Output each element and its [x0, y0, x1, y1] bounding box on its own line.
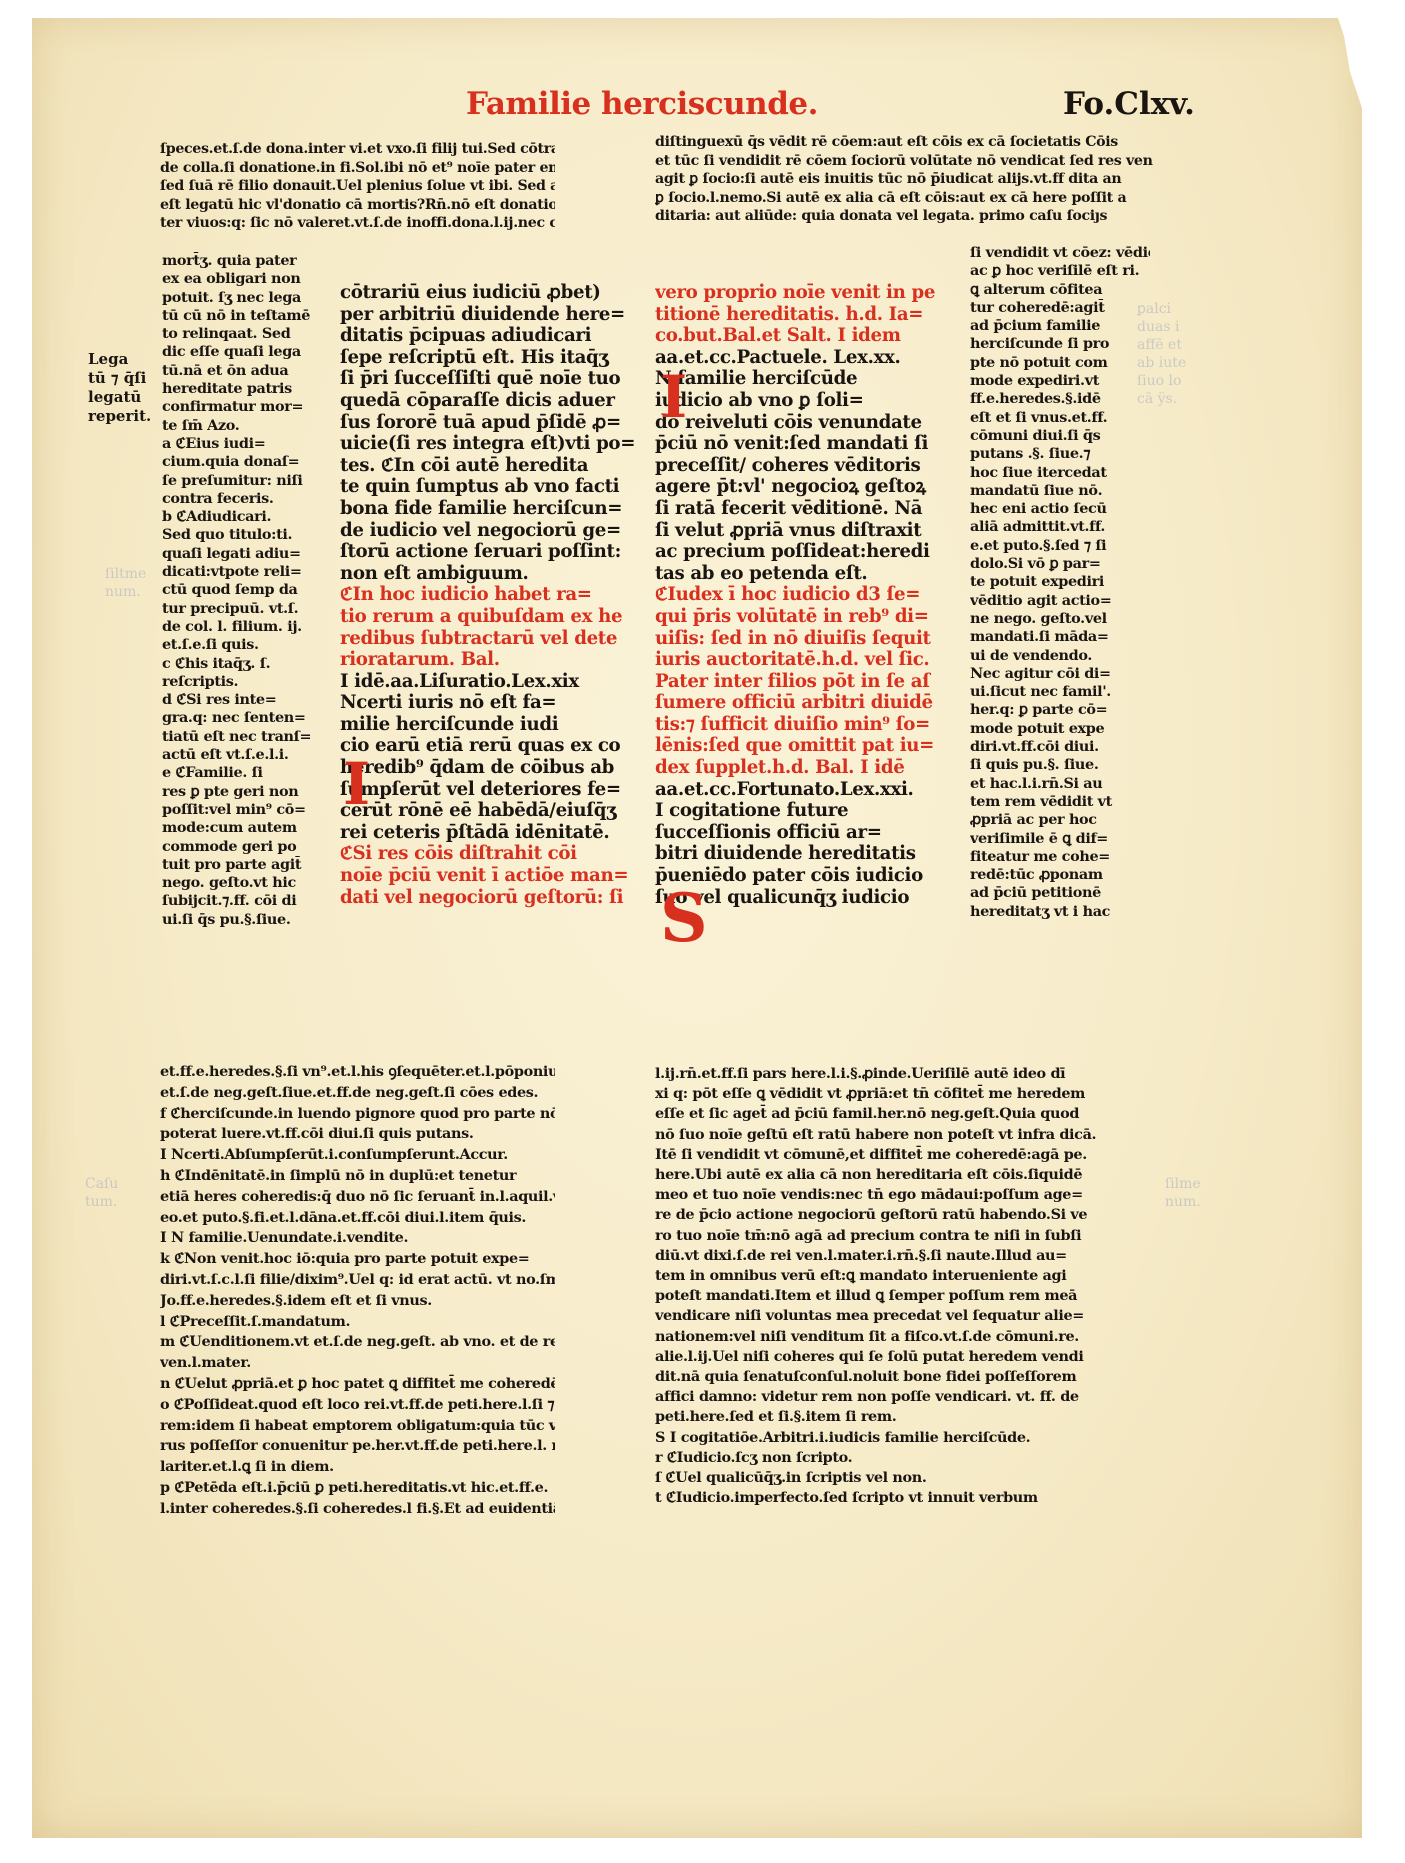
text-line: et.ſ.de neg.geſt.ſiue.et.ff.de neg.geſt.… — [160, 1083, 555, 1104]
text-line: quedā cōparaſſe dicis aduer — [340, 390, 640, 412]
text-line: b ℭAdiudicari. — [162, 508, 322, 526]
text-line: cio earū etiā rerū quas ex co — [340, 735, 640, 757]
bleed-through-text: ſilmenum. — [1165, 1175, 1201, 1211]
text-line: te ſm̄ Azo. — [162, 417, 322, 435]
text-line: a ℭEius iudi= — [162, 435, 322, 453]
text-line: actū eſt vt.ſ.e.l.i. — [162, 746, 322, 764]
text-line: l.ij.rn̄.et.ff.ſi pars here.l.i.§.ꝓinde.… — [655, 1064, 1155, 1084]
text-column-1: cōtrariū eius iudiciū ꝓbet)per arbitriū … — [340, 282, 640, 908]
text-line: here.Ubi autē ex alia cā non hereditaria… — [655, 1165, 1155, 1185]
text-line: ꝗ alterum cōfitea — [970, 281, 1150, 299]
text-line: tis:⁊ ſufficit diuiſio min⁹ ſo= — [655, 714, 955, 736]
text-line: noīe p̄ciū venit ī actiōe man= — [340, 865, 640, 887]
initial-letter-i: I — [343, 755, 370, 813]
folio-number: Fo.Clxv. — [1063, 86, 1195, 122]
text-line: fiteatur me cohe= — [970, 848, 1150, 866]
text-line: dolo.Si vō ꝑ par= — [970, 555, 1150, 573]
text-line: heredib⁹ q̄dam de cōibus ab — [340, 757, 640, 779]
text-line: pte nō potuit com — [970, 354, 1150, 372]
text-line: h ℭIndēnitatē.in ſimplū nō in duplū:et t… — [160, 1166, 555, 1187]
text-line: res ꝑ pte geri non — [162, 783, 322, 801]
text-line: cerūt rōnē eē habēdā/eiuſq̄ʒ — [340, 800, 640, 822]
text-line: mandati.ſi māda= — [970, 628, 1150, 646]
text-line: I N familie.Uenundate.i.vendite. — [160, 1228, 555, 1249]
text-line: hereditate patris — [162, 380, 322, 398]
running-title: Familie herciscunde. — [466, 86, 818, 122]
text-line: affici damno: videtur rem non poſſe vend… — [655, 1387, 1155, 1407]
text-line: l.inter coheredes.§.ſi coheredes.l fi.§.… — [160, 1499, 555, 1520]
text-line: ven.l.mater. — [160, 1353, 555, 1374]
text-line: o ℭPoſſideat.quod eſt loco rei.vt.ff.de … — [160, 1395, 555, 1416]
text-line: co.but.Bal.et Salt. I idem — [655, 325, 955, 347]
text-line: ex ea obligari non — [162, 270, 322, 288]
text-line: ꝑ ſocio.l.nemo.Si autē ex alia cā eſt cō… — [655, 189, 1190, 208]
text-line: lariter.et.l.ꝗ ſi in diem. — [160, 1457, 555, 1478]
gloss-bottom-left: et.ff.e.heredes.§.ſi vn⁹.et.l.his ꝯſequē… — [160, 1062, 555, 1520]
text-line: bona fide familie herciſcun= — [340, 498, 640, 520]
gloss-top-right: diſtinguexū q̄s vēdit rē cōem:aut eſt cō… — [655, 133, 1190, 226]
text-line: cōtrariū eius iudiciū ꝓbet) — [340, 282, 640, 304]
text-line: nō ſuo noīe geſtū eſt ratū habere non po… — [655, 1125, 1155, 1145]
text-line: preceſſit/ coheres vēditoris — [655, 455, 955, 477]
text-line: agit ꝑ ſocio:ſi autē eis inuitis tūc nō … — [655, 170, 1190, 189]
text-line: ff.e.heredes.§.idē — [970, 390, 1150, 408]
text-column-2: vero proprio noīe venit in petitionē her… — [655, 282, 955, 908]
text-line: do reiveluti cōis venundate — [655, 412, 955, 434]
text-line: confirmatur mor= — [162, 398, 322, 416]
text-line: tur precipuū. vt.ſ. — [162, 600, 322, 618]
text-line: hereditatʒ vt i hac — [970, 903, 1150, 921]
text-line: ditaria: aut aliūde: quia donata vel leg… — [655, 207, 1190, 226]
text-line: t ℭIudicio.imperfecto.ſed ſcripto vt inn… — [655, 1488, 1155, 1508]
text-line: poterat luere.vt.ff.cōi diui.ſi quis put… — [160, 1124, 555, 1145]
text-line: I idē.aa.Liſuratio.Lex.xix — [340, 671, 640, 693]
text-line: d ℭSi res inte= — [162, 691, 322, 709]
text-line: diū.vt dixi.ſ.de rei ven.l.mater.i.rn̄.§… — [655, 1246, 1155, 1266]
text-line: e ℭFamilie. ſi — [162, 764, 322, 782]
text-line: meo et tuo noīe vendis:nec tn̄ ego mādau… — [655, 1185, 1155, 1205]
text-line: eſt et ſi vnus.et.ff. — [970, 409, 1150, 427]
text-line: dicati:vtpote reli= — [162, 563, 322, 581]
text-line: eſt legatū hic vl'donatio cā mortis?Rn̄.… — [160, 196, 555, 215]
text-line: ſe preſumitur: niſi — [162, 472, 322, 490]
text-line: m ℭUenditionem.vt et.ſ.de neg.geſt. ab v… — [160, 1332, 555, 1353]
text-line: her.q: ꝑ parte cō= — [970, 701, 1150, 719]
text-line: tiatū eſt nec tranſ= — [162, 728, 322, 746]
text-line: ℭIudex ī hoc iudicio d3 ſe= — [655, 584, 955, 606]
text-line: cium.quia donaſ= — [162, 453, 322, 471]
text-line: e.et puto.§.ſed ⁊ ſi — [970, 537, 1150, 555]
gloss-bottom-right: l.ij.rn̄.et.ff.ſi pars here.l.i.§.ꝓinde.… — [655, 1064, 1155, 1508]
text-line: de col. l. filium. ij. — [162, 618, 322, 636]
text-line: S I cogitatiōe.Arbitri.i.iudicis familie… — [655, 1428, 1155, 1448]
text-line: p ℭPetēda eſt.i.p̄ciū ꝑ peti.hereditatis… — [160, 1478, 555, 1499]
text-line: Nec agitur cōi di= — [970, 665, 1150, 683]
text-line: re de p̄cio actione negociorū geſtorū ra… — [655, 1205, 1155, 1225]
text-line: ditatis p̄cipuas adiudicari — [340, 325, 640, 347]
text-line: ſi ratā fecerit vēditionē. Nā — [655, 498, 955, 520]
text-line: p̄ciū nō venit:ſed mandati ſi — [655, 433, 955, 455]
text-line: ne nego. geſto.vel — [970, 610, 1150, 628]
text-line: poteſt mandati.Item et illud ꝗ ſemper po… — [655, 1286, 1155, 1306]
text-line: dic eſſe quaſi lega — [162, 343, 322, 361]
text-line: ℭIn hoc iudicio habet̄ ra= — [340, 584, 640, 606]
text-line: gra.q: nec ſenten= — [162, 709, 322, 727]
text-line: ſi p̄ri ſucceſſiſti quē noīe tuo — [340, 368, 640, 390]
text-line: reſcriptis. — [162, 673, 322, 691]
text-line: mode:cum autem — [162, 819, 322, 837]
text-line: uicie(ſi res integra eſt)vti po= — [340, 433, 640, 455]
text-line: vēditio agit actio= — [970, 592, 1150, 610]
text-line: f ℭherciſcunde.in luendo pignore quod pr… — [160, 1104, 555, 1125]
text-line: bitri diuidende hereditatis — [655, 843, 955, 865]
text-line: tem in omnibus verū eſt:ꝗ mandato interu… — [655, 1266, 1155, 1286]
text-line: r ℭIudicio.ſcʒ non ſcripto. — [655, 1448, 1155, 1468]
gloss-right-column: ſi vendidit vt cōez: vēdica=ac ꝑ hoc ver… — [970, 244, 1150, 921]
text-line: ac ꝑ hoc veriſilē eſt ri. — [970, 262, 1150, 280]
text-line: contra feceris. — [162, 490, 322, 508]
text-line: tio rerum a quibuſdam ex he — [340, 606, 640, 628]
text-line: ſed ſuā rē filio donauit.Uel plenius ſol… — [160, 177, 555, 196]
text-line: ſumere officiū arbitri diuidē — [655, 692, 955, 714]
text-line: diri.vt.ff.cōi diui. — [970, 738, 1150, 756]
text-line: ſpeces.et.ſ.de dona.inter vi.et vxo.ſi f… — [160, 140, 555, 159]
text-line: hec eni actio ſecū — [970, 500, 1150, 518]
text-line: I cogitatione future — [655, 800, 955, 822]
gloss-top-left: ſpeces.et.ſ.de dona.inter vi.et vxo.ſi f… — [160, 140, 555, 233]
text-line: ſ ℭUel qualicūq̄ʒ.in ſcriptis vel non. — [655, 1468, 1155, 1488]
text-line: non eſt ambiguum. — [340, 563, 640, 585]
text-line: l ℭPreceſſit.ſ.mandatum. — [160, 1312, 555, 1333]
text-line: etiā heres coheredis:q̄ duo nō ſic ſerua… — [160, 1187, 555, 1208]
text-line: dit.nā quia ſenatuſconſul.noluit bone fi… — [655, 1367, 1155, 1387]
text-line: quaſi legati adiu= — [162, 545, 322, 563]
text-line: ſi vendidit vt cōez: vēdica= — [970, 244, 1150, 262]
text-line: ſubijcit.⁊.ff. cōi di — [162, 892, 322, 910]
initial-letter-s: S — [660, 885, 708, 951]
text-line: N familie herciſcūde — [655, 368, 955, 390]
text-line: Ncerti iuris nō eſt fa= — [340, 692, 640, 714]
text-line: milie herciſcunde iudi — [340, 714, 640, 736]
text-line: nationem:vel niſi venditum ſit a fiſco.v… — [655, 1327, 1155, 1347]
text-line: iuris auctoritatē.h.d. vel ſic. — [655, 649, 955, 671]
text-line: redibus ſubtractarū vel dete — [340, 628, 640, 650]
text-line: vero proprio noīe venit in pe — [655, 282, 955, 304]
text-line: tuit pro parte agit̄ — [162, 856, 322, 874]
text-line: Pater inter filios pōt in ſe aſ — [655, 671, 955, 693]
text-line: titionē hereditatis. h.d. Ia= — [655, 304, 955, 326]
text-line: c ℭhis itaq̄ʒ. ſ. — [162, 655, 322, 673]
text-line: tur coheredē:agit̄ — [970, 299, 1150, 317]
text-line: te potuit expediri — [970, 573, 1150, 591]
text-line: alie.l.ij.Uel niſi coheres qui ſe ſolū p… — [655, 1347, 1155, 1367]
text-line: ter viuos:q: ſic nō valeret.vt.ſ.de inof… — [160, 214, 555, 233]
text-line: ſus ſororē tuā apud p̄ſidē ꝓ= — [340, 412, 640, 434]
text-line: mode expediri.vt — [970, 372, 1150, 390]
text-line: to relinqaat. Sed — [162, 325, 322, 343]
text-line: ſumpſerūt vel deteriores fe= — [340, 779, 640, 801]
text-line: ſi velut ꝓpriā vnus diſtraxit — [655, 520, 955, 542]
text-line: et tūc ſi vendidit rē cōem ſociorū volūt… — [655, 152, 1190, 171]
text-line: rus poſſeſſor conuenitur pe.her.vt.ff.de… — [160, 1436, 555, 1457]
text-line: dati vel negociorū geſtorū: ſi — [340, 887, 640, 909]
text-line: ui.ſi q̄s pu.§.ſiue. — [162, 911, 322, 929]
bleed-through-text: Caſutum. — [85, 1175, 118, 1211]
text-line: ſi quis pu.§. ſiue. — [970, 756, 1150, 774]
text-line: mort̄ʒ. quia pater — [162, 252, 322, 270]
text-line: redē:tūc ꝓponam — [970, 866, 1150, 884]
text-line: vendicare niſi voluntas mea precedat vel… — [655, 1306, 1155, 1326]
text-line: aliā admittit.vt.ff. — [970, 518, 1150, 536]
margin-note: Lega tū ⁊ q̄ſi legatū reperit. — [88, 350, 151, 426]
text-line: diri.vt.ſ.c.l.ſi filie/dixim⁹.Uel q: id … — [160, 1270, 555, 1291]
text-line: ſepe reſcriptū eſt. His itaq̄ʒ — [340, 347, 640, 369]
text-line: aa.et.cc.Pactuele. Lex.xx. — [655, 347, 955, 369]
text-line: putans .§. ſiue.⁊ — [970, 445, 1150, 463]
text-line: et hac.l.i.rn̄.Si au — [970, 775, 1150, 793]
text-line: te quin ſumptus ab vno facti — [340, 476, 640, 498]
text-line: eo.et puto.§.fi.et.l.dāna.et.ff.cōi diui… — [160, 1208, 555, 1229]
text-line: potuit. ſʒ nec lega — [162, 289, 322, 307]
text-line: iudicio ab vno ꝑ ſoli= — [655, 390, 955, 412]
text-line: tas ab eo petenda eſt. — [655, 563, 955, 585]
bleed-through-text: ſiltmenum. — [105, 565, 146, 601]
text-line: peti.here.ſed et ſi.§.item ſi rem. — [655, 1407, 1155, 1427]
text-line: n ℭUelut ꝓpriā.et ꝑ hoc patet ꝗ diffitet… — [160, 1374, 555, 1395]
text-line: de colla.ſi donatione.in fi.Sol.ibi nō e… — [160, 159, 555, 178]
text-line: de iudicio vel negociorū ge= — [340, 520, 640, 542]
text-line: nego. geſto.vt hic — [162, 874, 322, 892]
text-line: agere p̄t:vl' negocioꝝ geſtoꝝ — [655, 476, 955, 498]
text-line: Itē ſi vendidit vt cōmunē,et diffitet̄ m… — [655, 1145, 1155, 1165]
text-line: rei ceteris p̄ſtādā idēnitatē. — [340, 822, 640, 844]
text-line: ſtorū actione ſeruari poſſint: — [340, 541, 640, 563]
text-line: poſſit:vel min⁹ cō= — [162, 801, 322, 819]
text-line: tes. ℭIn cōi autē heredita — [340, 455, 640, 477]
text-line: aa.et.cc.Fortunato.Lex.xxi. — [655, 779, 955, 801]
text-line: ui.ſicut nec famil'. — [970, 683, 1150, 701]
text-line: ad p̄ciū petitionē — [970, 884, 1150, 902]
text-line: tem rem vēdidit vt — [970, 793, 1150, 811]
text-line: diſtinguexū q̄s vēdit rē cōem:aut eſt cō… — [655, 133, 1190, 152]
text-line: I Ncerti.Abſumpſerūt.i.conſumpſerunt.Acc… — [160, 1145, 555, 1166]
text-line: hoc ſiue itercedat — [970, 464, 1150, 482]
text-line: tū.nā et ōn adua — [162, 362, 322, 380]
text-line: ac precium poſſideat:heredi — [655, 541, 955, 563]
text-line: cōmuni diui.ſi q̄s — [970, 427, 1150, 445]
text-line: dex ſupplet.h.d. Bal. I idē — [655, 757, 955, 779]
text-line: commode geri po — [162, 838, 322, 856]
text-line: k ℭNon venit.hoc iō:quia pro parte potui… — [160, 1249, 555, 1270]
text-line: eſſe et ſic aget̄ ad p̄ciū famil.her.nō … — [655, 1104, 1155, 1124]
text-line: Sed quo titulo:ti. — [162, 526, 322, 544]
text-line: rem:idem ſi habeat emptorem obligatum:qu… — [160, 1416, 555, 1437]
text-line: xi q: pōt eſſe ꝗ vēdidit vt ꝓpriā:et tn̄… — [655, 1084, 1155, 1104]
text-line: et.ſ.e.ſi quis. — [162, 636, 322, 654]
text-line: per arbitriū diuidende here= — [340, 304, 640, 326]
text-line: ad p̄cium familie — [970, 317, 1150, 335]
text-line: et.ff.e.heredes.§.ſi vn⁹.et.l.his ꝯſequē… — [160, 1062, 555, 1083]
text-line: herciſcunde ſi pro — [970, 335, 1150, 353]
text-line: ℭSi res cōis diſtrahit̄ cōi — [340, 843, 640, 865]
text-line: ꝓpriā ac per hoc — [970, 811, 1150, 829]
text-line: lēnis:ſed que omittit pat̄ iu= — [655, 735, 955, 757]
text-line: ctū quod ſemp da — [162, 581, 322, 599]
text-line: tū cū nō in teſtamē — [162, 307, 322, 325]
text-line: mandatū ſiue nō. — [970, 482, 1150, 500]
text-line: uiſis: ſed in nō diuiſis ſequit̄ — [655, 628, 955, 650]
text-line: veriſimile ē ꝗ dif= — [970, 830, 1150, 848]
text-line: ſucceſſionis officiū ar= — [655, 822, 955, 844]
text-line: mode potuit expe — [970, 720, 1150, 738]
text-line: ro tuo noīe tm̄:nō agā ad precium contra… — [655, 1226, 1155, 1246]
text-line: Jo.ff.e.heredes.§.idem eſt et ſi vnus. — [160, 1291, 555, 1312]
gloss-left-column: mort̄ʒ. quia paterex ea obligari nonpotu… — [162, 252, 322, 929]
initial-letter-i: I — [660, 368, 687, 426]
text-line: qui p̄ris volūtatē in reb⁹ di= — [655, 606, 955, 628]
text-line: rioratarum. Bal. — [340, 649, 640, 671]
text-line: ui de vendendo. — [970, 647, 1150, 665]
